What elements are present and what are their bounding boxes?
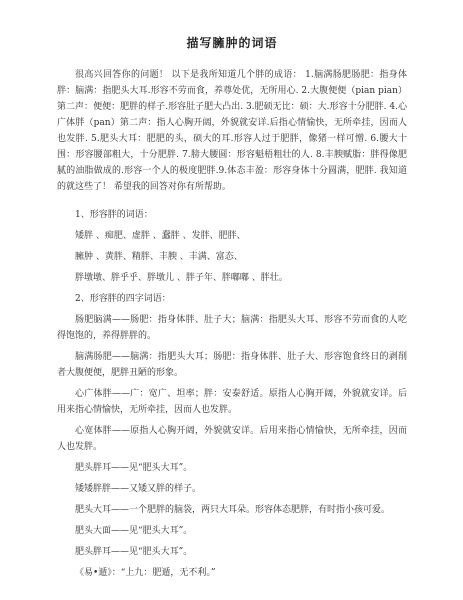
citation-paragraph: 《易•遁》：“上九：肥遁，无不利。” <box>57 565 407 581</box>
document-page: 描写臃肿的词语 很高兴回答你的问题！ 以下是我所知道几个胖的成语： 1.脑满肠肥… <box>0 0 463 600</box>
paragraph-intro: 很高兴回答你的问题！ 以下是我所知道几个胖的成语： 1.脑满肠肥肠肥：指身体胖：… <box>57 67 407 195</box>
definition-paragraph: 脑满肠肥——脑满：指肥头大耳；肠肥：指身体胖、肚子大、形容饱食终日的剥削者大腹便… <box>57 349 407 381</box>
definition-paragraph: 肥头胖耳——见“肥头大耳”。 <box>57 544 407 560</box>
word-list-line: 臃肿 、黄胖、精胖、丰腴 、丰满、富态、 <box>57 249 407 265</box>
definition-paragraph: 肥头大面——见“肥头大耳”。 <box>57 523 407 539</box>
definition-paragraph: 心宽体胖——原指人心胸开阔，外貌就安详。后用来指心情愉快，无所牵挂，因而人也发胖… <box>57 423 407 455</box>
section-heading-2: 2、形容胖的四字词语： <box>57 291 407 307</box>
word-list-line: 矮胖 、痴肥、虚胖 、蠢胖 、发胖、肥胖、 <box>57 228 407 244</box>
definition-paragraph: 肠肥脑满——肠肥：指身体胖、肚子大；脑满：指肥头大耳、形容不劳而食的人吃得饱饱的… <box>57 312 407 344</box>
definition-paragraph: 肥头大耳——一个肥胖的脑袋，两只大耳朵。形容体态肥胖，有时指小孩可爱。 <box>57 502 407 518</box>
word-list-line: 胖墩墩、胖乎乎、胖墩儿 、胖子年、胖嘟嘟 、胖壮。 <box>57 270 407 286</box>
page-title: 描写臃肿的词语 <box>57 34 407 51</box>
definition-paragraph: 矮矮胖胖——又矮又胖的样子。 <box>57 481 407 497</box>
section-heading-1: 1、形容胖的词语： <box>57 207 407 223</box>
definition-paragraph: 心广体胖——广：宽广、坦率；胖：安泰舒适。原指人心胸开阔，外貌就安详。后用来指心… <box>57 386 407 418</box>
definition-paragraph: 肥头胖耳——见“肥头大耳”。 <box>57 460 407 476</box>
